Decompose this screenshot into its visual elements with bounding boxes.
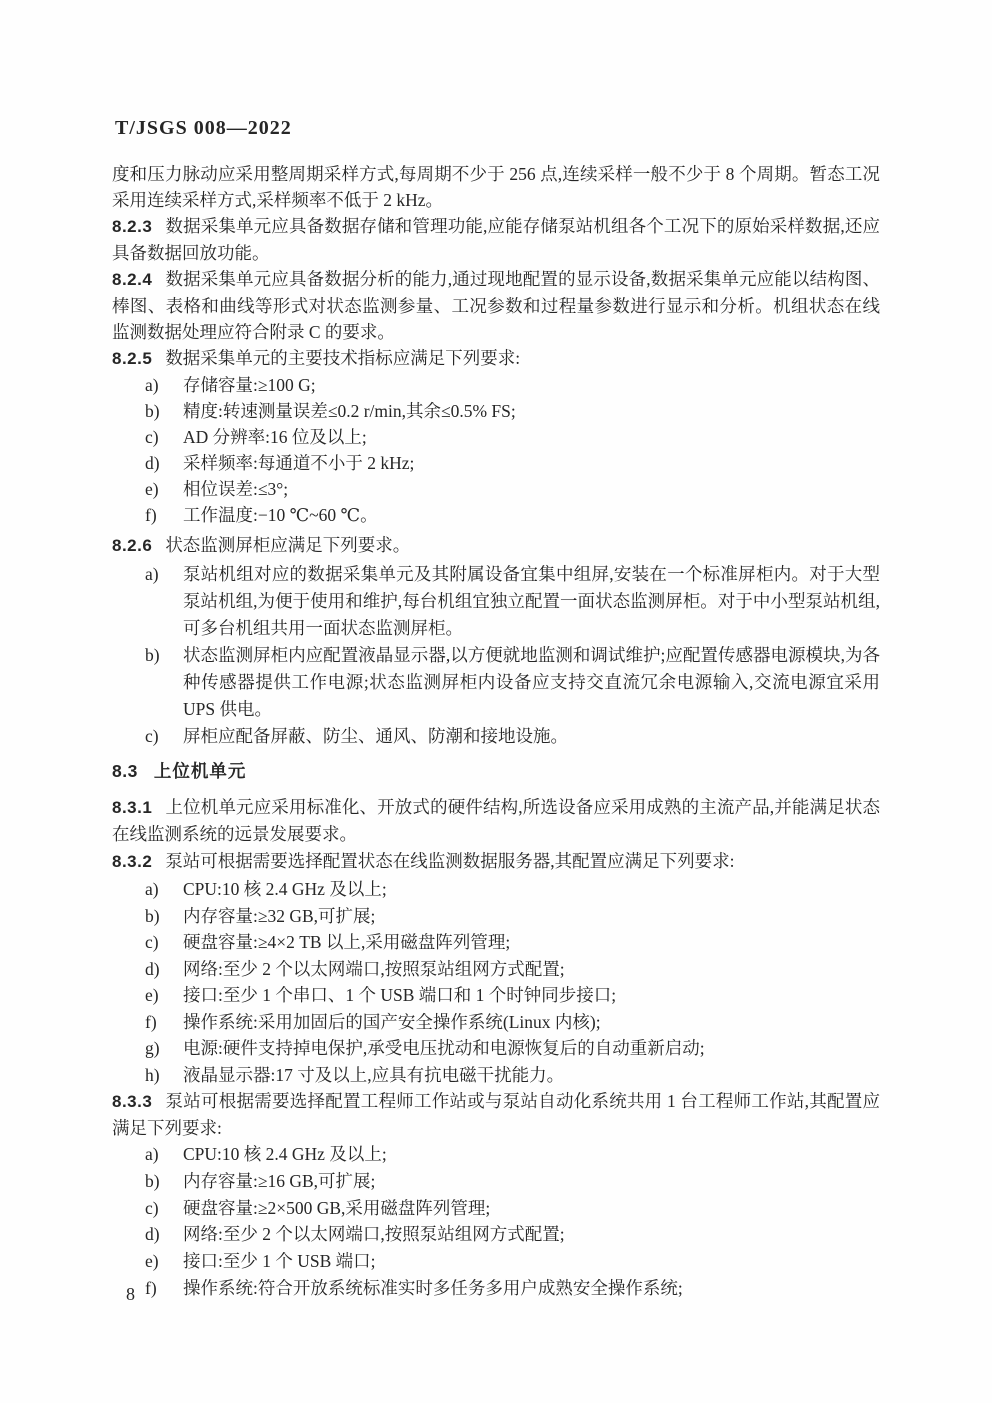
clause-8.3: 8.3上位机单元 [112, 758, 880, 784]
list-item: f)操作系统:采用加固后的国产安全操作系统(Linux 内核); [112, 1009, 880, 1036]
list-item: f)工作温度:−10 ℃~60 ℃。 [112, 502, 880, 528]
list-item: e)接口:至少 1 个 USB 端口; [112, 1248, 880, 1275]
document-page: T/JSGS 008—2022 度和压力脉动应采用整周期采样方式,每周期不少于 … [0, 0, 992, 1403]
clause-8.3.1: 8.3.1上位机单元应采用标准化、开放式的硬件结构,所选设备应采用成熟的主流产品… [112, 794, 880, 847]
item-marker: c) [145, 929, 159, 956]
list-item: b)精度:转速测量误差≤0.2 r/min,其余≤0.5% FS; [112, 398, 880, 424]
clause-number: 8.3.1 [112, 798, 152, 817]
item-marker: b) [145, 1168, 160, 1195]
clause-number: 8.2.6 [112, 536, 152, 555]
item-marker: c) [145, 424, 159, 450]
item-text: 液晶显示器:17 寸及以上,应具有抗电磁干扰能力。 [183, 1065, 564, 1085]
item-text: 硬盘容量:≥4×2 TB 以上,采用磁盘阵列管理; [183, 932, 510, 952]
clause-number: 8.3 [112, 761, 138, 781]
content: 度和压力脉动应采用整周期采样方式,每周期不少于 256 点,连续采样一般不少于 … [112, 161, 880, 1302]
list-item: f)操作系统:符合开放系统标准实时多任务多用户成熟安全操作系统; [112, 1275, 880, 1302]
item-text: 接口:至少 1 个串口、1 个 USB 端口和 1 个时钟同步接口; [183, 985, 616, 1005]
item-text: 工作温度:−10 ℃~60 ℃。 [183, 505, 378, 525]
item-marker: f) [145, 502, 157, 528]
list-item: g)电源:硬件支持掉电保护,承受电压扰动和电源恢复后的自动重新启动; [112, 1035, 880, 1062]
item-text: 内存容量:≥16 GB,可扩展; [183, 1171, 375, 1191]
item-text: 泵站机组对应的数据采集单元及其附属设备宜集中组屏,安装在一个标准屏柜内。对于大型… [183, 564, 880, 638]
item-text: 电源:硬件支持掉电保护,承受电压扰动和电源恢复后的自动重新启动; [183, 1038, 705, 1058]
item-marker: h) [145, 1062, 160, 1089]
clause-number: 8.2.3 [112, 217, 152, 236]
item-marker: g) [145, 1035, 160, 1062]
clause-item-list: a)CPU:10 核 2.4 GHz 及以上;b)内存容量:≥16 GB,可扩展… [112, 1141, 880, 1302]
item-text: 操作系统:符合开放系统标准实时多任务多用户成熟安全操作系统; [183, 1278, 683, 1298]
list-item: c)AD 分辨率:16 位及以上; [112, 424, 880, 450]
clause-8.2.5: 8.2.5数据采集单元的主要技术指标应满足下列要求: [112, 345, 880, 372]
item-marker: b) [145, 642, 160, 669]
clause-text: 数据采集单元应具备数据存储和管理功能,应能存储泵站机组各个工况下的原始采样数据,… [112, 216, 880, 263]
item-text: 硬盘容量:≥2×500 GB,采用磁盘阵列管理; [183, 1198, 490, 1218]
list-item: a)CPU:10 核 2.4 GHz 及以上; [112, 1141, 880, 1168]
item-text: 相位误差:≤3°; [183, 479, 288, 499]
item-text: CPU:10 核 2.4 GHz 及以上; [183, 879, 387, 899]
clause-item-list: a)CPU:10 核 2.4 GHz 及以上;b)内存容量:≥32 GB,可扩展… [112, 876, 880, 1088]
item-marker: e) [145, 1248, 159, 1275]
list-item: b)状态监测屏柜内应配置液晶显示器,以方便就地监测和调试维护;应配置传感器电源模… [112, 642, 880, 723]
clause-number: 8.2.4 [112, 270, 152, 289]
item-marker: a) [145, 561, 159, 588]
item-marker: f) [145, 1009, 157, 1036]
item-marker: b) [145, 903, 160, 930]
item-text: 接口:至少 1 个 USB 端口; [183, 1251, 376, 1271]
item-marker: d) [145, 1221, 160, 1248]
list-item: d)采样频率:每通道不小于 2 kHz; [112, 450, 880, 476]
clause-8.2.3: 8.2.3数据采集单元应具备数据存储和管理功能,应能存储泵站机组各个工况下的原始… [112, 213, 880, 266]
item-marker: f) [145, 1275, 157, 1302]
clause-text: 数据采集单元的主要技术指标应满足下列要求: [165, 348, 520, 368]
item-marker: e) [145, 476, 159, 502]
item-marker: a) [145, 372, 159, 398]
item-text: AD 分辨率:16 位及以上; [183, 427, 367, 447]
item-text: 屏柜应配备屏蔽、防尘、通风、防潮和接地设施。 [183, 726, 568, 746]
item-marker: c) [145, 1195, 159, 1222]
clause-text: 状态监测屏柜应满足下列要求。 [165, 535, 410, 555]
clause-8.2.6: 8.2.6状态监测屏柜应满足下列要求。 [112, 532, 880, 559]
list-item: e)接口:至少 1 个串口、1 个 USB 端口和 1 个时钟同步接口; [112, 982, 880, 1009]
item-text: 采样频率:每通道不小于 2 kHz; [183, 453, 414, 473]
list-item: a)存储容量:≥100 G; [112, 372, 880, 398]
list-item: c)硬盘容量:≥2×500 GB,采用磁盘阵列管理; [112, 1195, 880, 1222]
item-marker: b) [145, 398, 160, 424]
item-text: 操作系统:采用加固后的国产安全操作系统(Linux 内核); [183, 1012, 601, 1032]
clause-text: 泵站可根据需要选择配置工程师工作站或与泵站自动化系统共用 1 台工程师工作站,其… [112, 1091, 880, 1138]
list-item: e)相位误差:≤3°; [112, 476, 880, 502]
page-number: 8 [126, 1284, 135, 1305]
item-marker: a) [145, 1141, 159, 1168]
continuation-paragraph: 度和压力脉动应采用整周期采样方式,每周期不少于 256 点,连续采样一般不少于 … [112, 161, 880, 213]
clause-text: 上位机单元 [154, 761, 247, 781]
list-item: a)CPU:10 核 2.4 GHz 及以上; [112, 876, 880, 903]
item-text: 网络:至少 2 个以太网端口,按照泵站组网方式配置; [183, 1224, 565, 1244]
clause-text: 度和压力脉动应采用整周期采样方式,每周期不少于 256 点,连续采样一般不少于 … [112, 164, 880, 210]
item-text: 存储容量:≥100 G; [183, 375, 316, 395]
list-item: d)网络:至少 2 个以太网端口,按照泵站组网方式配置; [112, 1221, 880, 1248]
item-marker: a) [145, 876, 159, 903]
list-item: c)硬盘容量:≥4×2 TB 以上,采用磁盘阵列管理; [112, 929, 880, 956]
list-item: h)液晶显示器:17 寸及以上,应具有抗电磁干扰能力。 [112, 1062, 880, 1089]
clause-number: 8.2.5 [112, 349, 152, 368]
clause-item-list: a)存储容量:≥100 G;b)精度:转速测量误差≤0.2 r/min,其余≤0… [112, 372, 880, 528]
list-item: b)内存容量:≥32 GB,可扩展; [112, 903, 880, 930]
clause-number: 8.3.3 [112, 1092, 152, 1111]
list-item: d)网络:至少 2 个以太网端口,按照泵站组网方式配置; [112, 956, 880, 983]
item-marker: e) [145, 982, 159, 1009]
clause-8.3.2: 8.3.2泵站可根据需要选择配置状态在线监测数据服务器,其配置应满足下列要求: [112, 848, 880, 875]
item-text: CPU:10 核 2.4 GHz 及以上; [183, 1144, 387, 1164]
item-marker: c) [145, 723, 159, 750]
clause-number: 8.3.2 [112, 852, 152, 871]
list-item: c)屏柜应配备屏蔽、防尘、通风、防潮和接地设施。 [112, 723, 880, 750]
clause-text: 泵站可根据需要选择配置状态在线监测数据服务器,其配置应满足下列要求: [165, 851, 734, 871]
clause-text: 数据采集单元应具备数据分析的能力,通过现地配置的显示设备,数据采集单元应能以结构… [112, 269, 880, 342]
standard-code-header: T/JSGS 008—2022 [115, 117, 292, 140]
clause-8.3.3: 8.3.3泵站可根据需要选择配置工程师工作站或与泵站自动化系统共用 1 台工程师… [112, 1088, 880, 1141]
clause-8.2.4: 8.2.4数据采集单元应具备数据分析的能力,通过现地配置的显示设备,数据采集单元… [112, 266, 880, 345]
item-text: 内存容量:≥32 GB,可扩展; [183, 906, 375, 926]
item-text: 网络:至少 2 个以太网端口,按照泵站组网方式配置; [183, 959, 565, 979]
item-text: 状态监测屏柜内应配置液晶显示器,以方便就地监测和调试维护;应配置传感器电源模块,… [183, 645, 880, 719]
list-item: a)泵站机组对应的数据采集单元及其附属设备宜集中组屏,安装在一个标准屏柜内。对于… [112, 561, 880, 642]
item-marker: d) [145, 450, 160, 476]
item-text: 精度:转速测量误差≤0.2 r/min,其余≤0.5% FS; [183, 401, 516, 421]
clause-text: 上位机单元应采用标准化、开放式的硬件结构,所选设备应采用成熟的主流产品,并能满足… [112, 797, 880, 844]
list-item: b)内存容量:≥16 GB,可扩展; [112, 1168, 880, 1195]
clause-item-list: a)泵站机组对应的数据采集单元及其附属设备宜集中组屏,安装在一个标准屏柜内。对于… [112, 561, 880, 750]
item-marker: d) [145, 956, 160, 983]
